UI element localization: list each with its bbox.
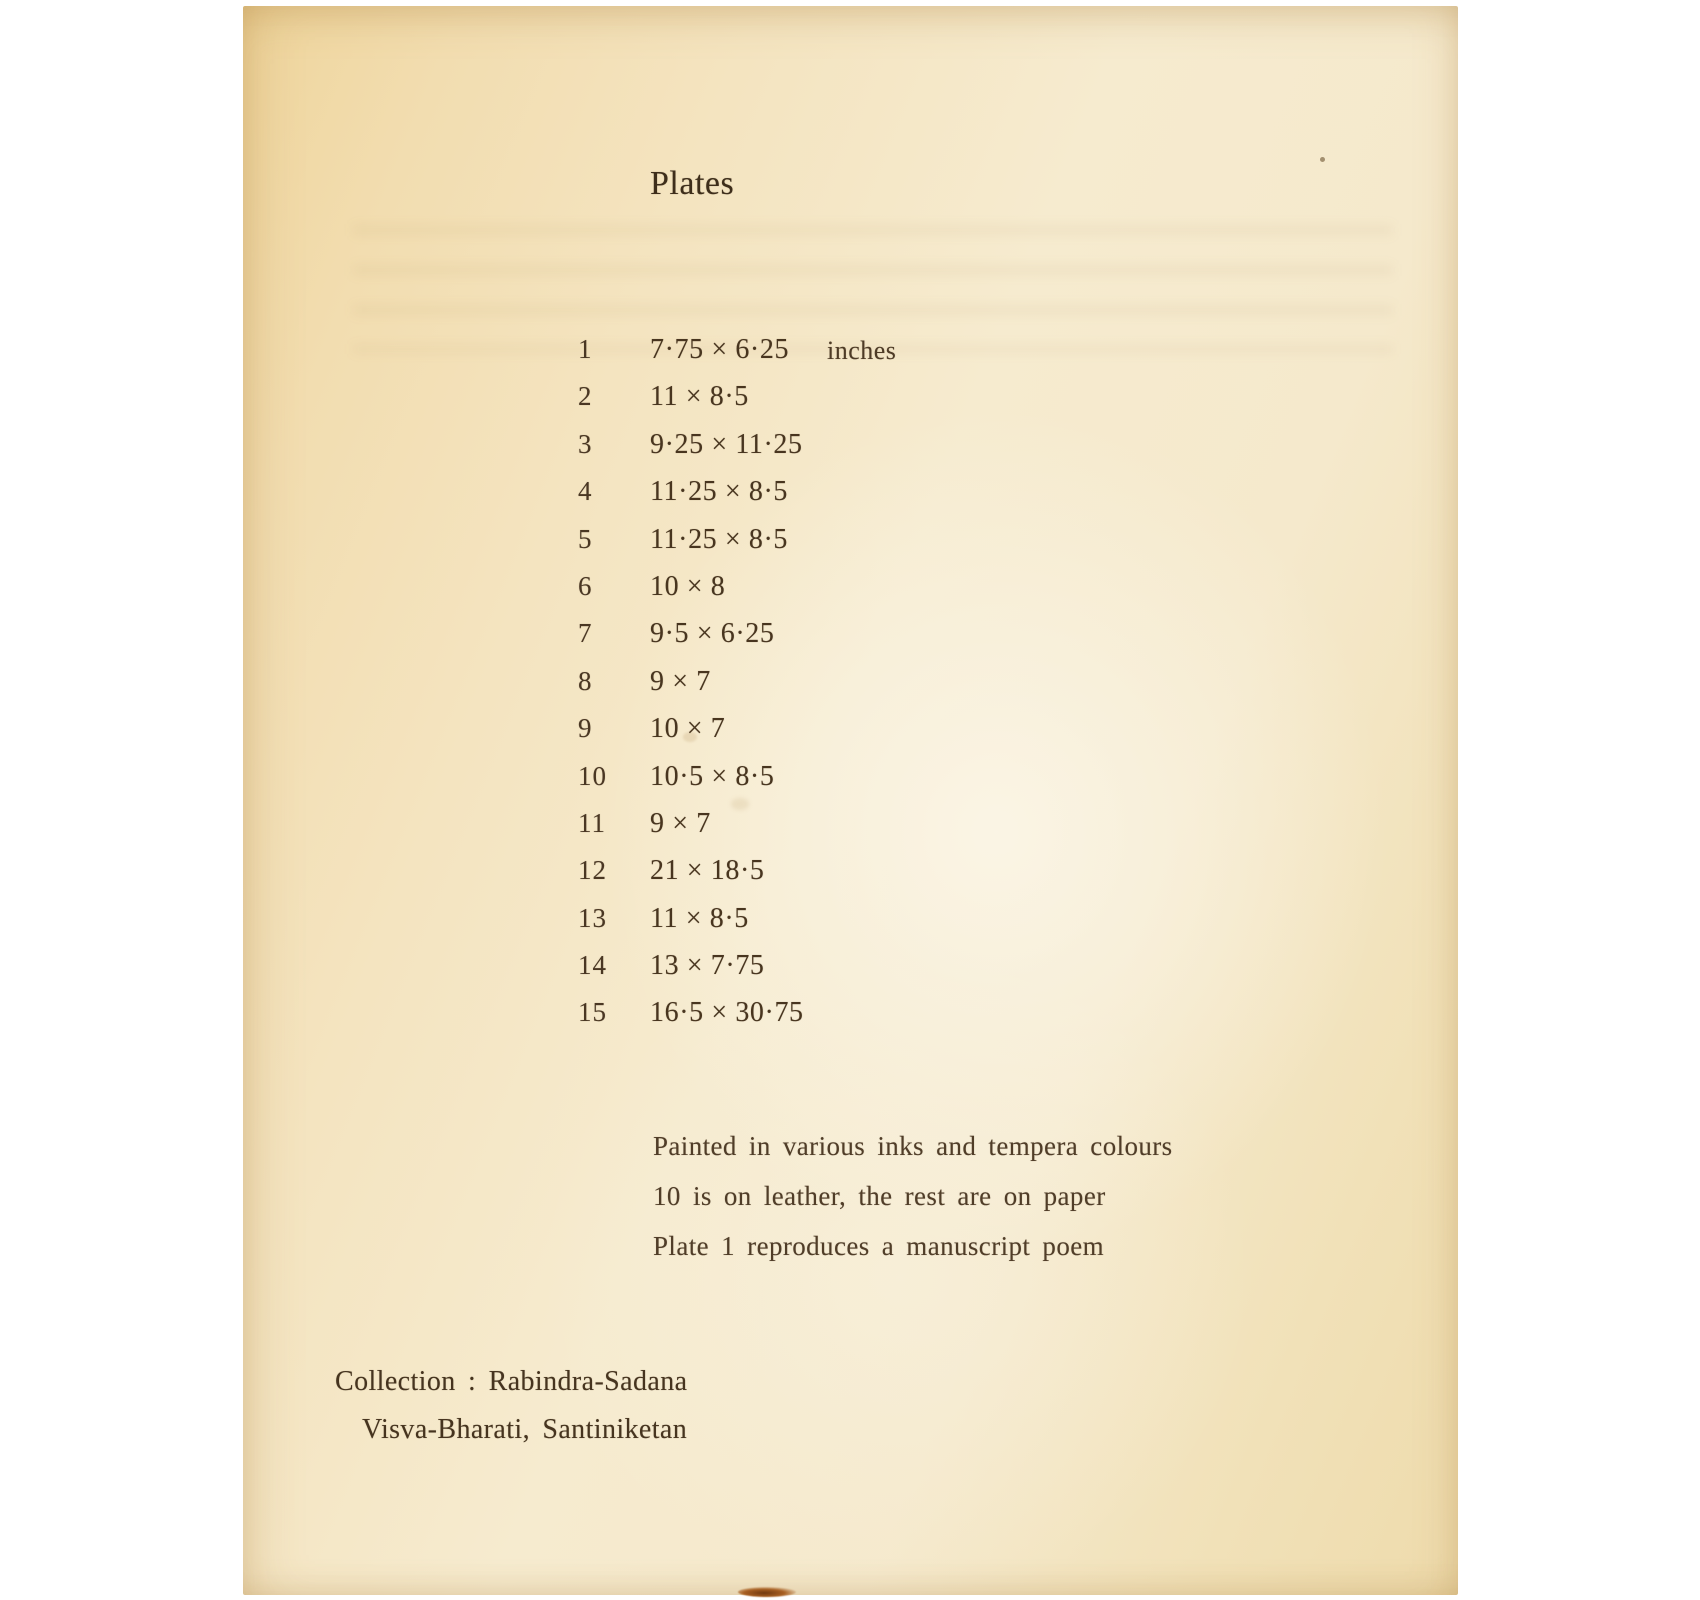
plate-number: 10 (578, 763, 650, 790)
plate-row: 2 11 × 8·5 (578, 383, 804, 430)
plate-dimensions: 11 × 8·5 (650, 905, 749, 933)
plate-dimensions: 16·5 × 30·75 (650, 999, 804, 1027)
reverse-print-showthrough (353, 224, 1393, 354)
notes-block: Painted in various inks and tempera colo… (653, 1121, 1173, 1271)
plate-dimensions: 9 × 7 (650, 668, 711, 696)
plate-number: 7 (578, 620, 650, 647)
collection-location: Visva-Bharati, Santiniketan (362, 1406, 687, 1454)
plate-row: 5 11·25 × 8·5 (578, 526, 804, 573)
note-media: Painted in various inks and tempera colo… (653, 1121, 1173, 1171)
plate-row: 1 7·75 × 6·25 inches (578, 336, 804, 383)
plate-row: 13 11 × 8·5 (578, 905, 804, 952)
plate-row: 7 9·5 × 6·25 (578, 620, 804, 667)
plate-row: 3 9·25 × 11·25 (578, 431, 804, 478)
plate-number: 13 (578, 905, 650, 932)
scan-canvas: Plates 1 7·75 × 6·25 inches 2 11 × 8·5 3… (0, 0, 1700, 1600)
book-page: Plates 1 7·75 × 6·25 inches 2 11 × 8·5 3… (243, 6, 1458, 1595)
collection-name: Collection : Rabindra-Sadana (335, 1358, 687, 1406)
plate-row: 6 10 × 8 (578, 573, 804, 620)
plate-dimensions: 10 × 8 (650, 573, 725, 601)
page-edge-smudge (738, 1587, 796, 1597)
paper-speck (1320, 157, 1325, 162)
plate-unit-label: inches (827, 338, 896, 364)
plate-dimensions: 9·5 × 6·25 (650, 620, 774, 648)
plate-row: 15 16·5 × 30·75 (578, 999, 804, 1046)
plate-number: 8 (578, 668, 650, 695)
plate-row: 9 10 × 7 (578, 715, 804, 762)
plate-dimensions: 11·25 × 8·5 (650, 478, 788, 506)
plate-row: 11 9 × 7 (578, 810, 804, 857)
plate-number: 12 (578, 857, 650, 884)
plate-dimensions: 10·5 × 8·5 (650, 763, 774, 791)
plate-dimensions: 21 × 18·5 (650, 857, 765, 885)
plate-number: 14 (578, 952, 650, 979)
note-support: 10 is on leather, the rest are on paper (653, 1171, 1173, 1221)
plate-dimensions: 10 × 7 (650, 715, 725, 743)
plate-number: 2 (578, 383, 650, 410)
plate-row: 14 13 × 7·75 (578, 952, 804, 999)
plate-dimensions: 9·25 × 11·25 (650, 431, 803, 459)
plate-row: 8 9 × 7 (578, 668, 804, 715)
plate-number: 3 (578, 431, 650, 458)
plate-number: 4 (578, 478, 650, 505)
plate-dimensions: 9 × 7 (650, 810, 711, 838)
plate-row: 4 11·25 × 8·5 (578, 478, 804, 525)
plate-number: 6 (578, 573, 650, 600)
plate-dimensions: 7·75 × 6·25 (650, 336, 789, 364)
plate-dimensions: 13 × 7·75 (650, 952, 765, 980)
plates-list: 1 7·75 × 6·25 inches 2 11 × 8·5 3 9·25 ×… (578, 336, 804, 1047)
plate-number: 9 (578, 715, 650, 742)
plate-number: 5 (578, 526, 650, 553)
plate-number: 11 (578, 810, 650, 837)
page-title: Plates (650, 167, 734, 201)
plate-row: 12 21 × 18·5 (578, 857, 804, 904)
note-plate-one: Plate 1 reproduces a manuscript poem (653, 1221, 1173, 1271)
plate-number: 15 (578, 999, 650, 1026)
plate-dimensions: 11 × 8·5 (650, 383, 749, 411)
collection-block: Collection : Rabindra-Sadana Visva-Bhara… (335, 1358, 687, 1454)
plate-row: 10 10·5 × 8·5 (578, 763, 804, 810)
plate-number: 1 (578, 336, 650, 363)
plate-dimensions: 11·25 × 8·5 (650, 526, 788, 554)
